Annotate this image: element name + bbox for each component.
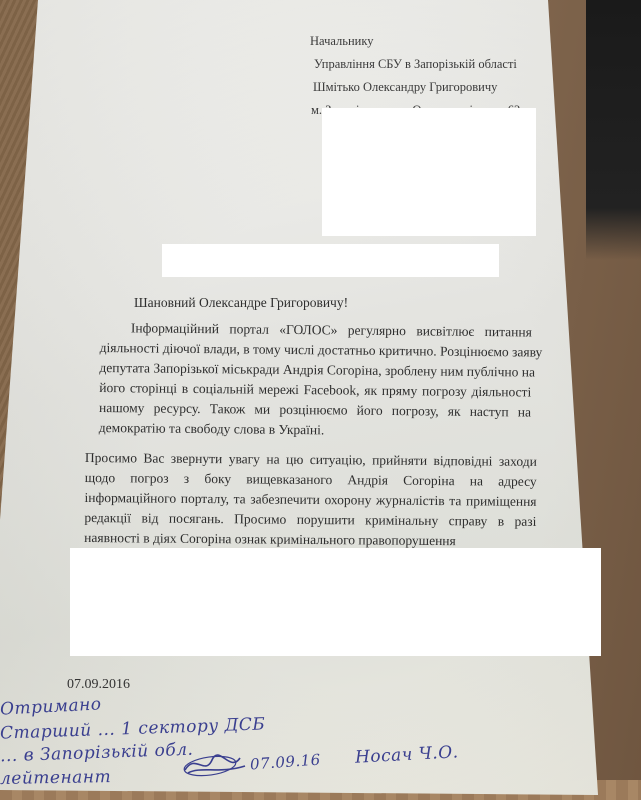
redaction-sender-line — [162, 244, 499, 277]
recipient-department: Управління СБУ в Запорізькій області — [314, 53, 520, 76]
recipient-name: Шмітько Олександру Григоровичу — [313, 76, 520, 99]
letter-date: 07.09.2016 — [67, 677, 130, 693]
paragraph-2: Просимо Вас звернути увагу на цю ситуаці… — [84, 448, 537, 552]
redaction-signature-block — [70, 548, 601, 656]
handwritten-title: лейтенант — [0, 767, 111, 789]
letter-greeting: Шановний Олександре Григоровичу! — [134, 295, 348, 311]
signature-scrawl-icon — [180, 748, 250, 778]
recipient-title: Начальнику — [310, 30, 520, 53]
paragraph-1: Інформаційний портал «ГОЛОС» регулярно в… — [99, 318, 532, 443]
redaction-recipient-block — [322, 108, 536, 236]
dark-background-corner — [586, 0, 641, 260]
